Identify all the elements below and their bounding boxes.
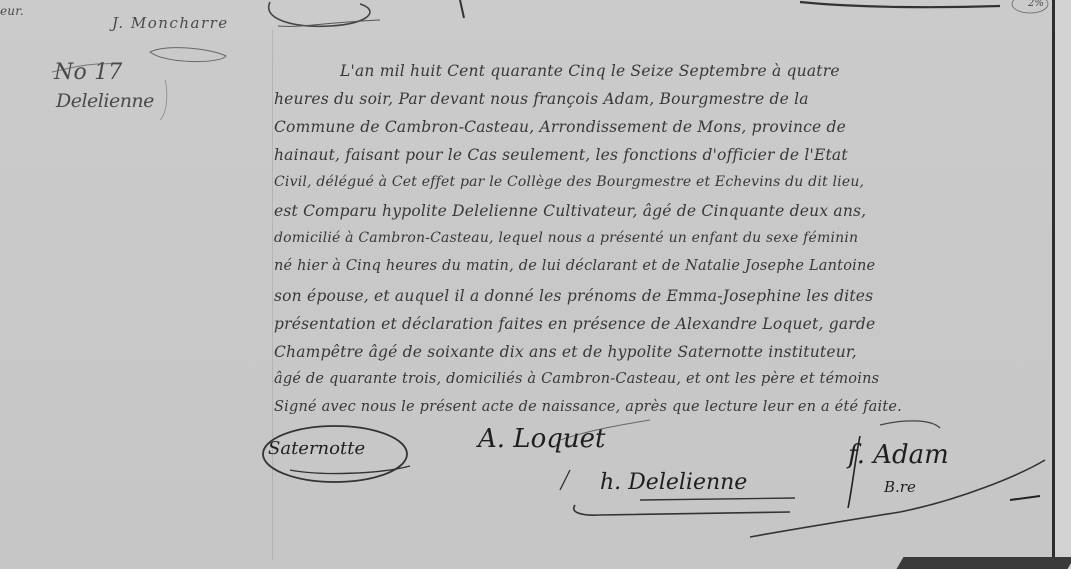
signature-adam-title: B.re bbox=[884, 478, 916, 496]
body-line-8: né hier à Cinq heures du matin, de lui d… bbox=[274, 258, 875, 274]
register-page: eur. J. Moncharre 2% No 17 Delelienne L'… bbox=[0, 0, 1071, 569]
body-line-5: Civil, délégué à Cet effet par le Collèg… bbox=[274, 174, 864, 190]
margin-surname: Delelienne bbox=[56, 90, 154, 112]
body-line-11: Champêtre âgé de soixante dix ans et de … bbox=[274, 343, 857, 361]
page-bottom-edge bbox=[897, 557, 1071, 569]
body-line-6: est Comparu hypolite Delelienne Cultivat… bbox=[274, 202, 866, 220]
body-line-9: son épouse, et auquel il a donné les pré… bbox=[274, 287, 873, 305]
body-line-10: présentation et déclaration faites en pr… bbox=[274, 315, 875, 333]
body-line-12: âgé de quarante trois, domiciliés à Camb… bbox=[274, 371, 879, 387]
signature-delelienne: h. Delelienne bbox=[600, 470, 747, 495]
signature-saternotte: Saternotte bbox=[268, 438, 365, 459]
entry-number: No 17 bbox=[54, 60, 122, 85]
body-line-3: Commune de Cambron-Casteau, Arrondisseme… bbox=[274, 118, 846, 136]
page-border-line bbox=[1052, 0, 1055, 560]
page-edge bbox=[1055, 0, 1071, 569]
page-number: 2% bbox=[1028, 0, 1044, 9]
signature-loquet: A. Loquet bbox=[478, 424, 605, 454]
body-line-1: L'an mil huit Cent quarante Cinq le Seiz… bbox=[340, 62, 840, 80]
body-line-2: heures du soir, Par devant nous françois… bbox=[274, 90, 809, 108]
previous-entry-fragment: eur. bbox=[0, 4, 24, 18]
body-line-4: hainaut, faisant pour le Cas seulement, … bbox=[274, 146, 848, 164]
margin-rule bbox=[272, 30, 273, 560]
body-line-7: domicilié à Cambron-Casteau, lequel nous… bbox=[274, 230, 858, 246]
body-line-13: Signé avec nous le présent acte de naiss… bbox=[274, 399, 902, 415]
previous-entry-signature: J. Moncharre bbox=[112, 14, 229, 32]
signature-adam: f. Adam bbox=[848, 440, 949, 470]
